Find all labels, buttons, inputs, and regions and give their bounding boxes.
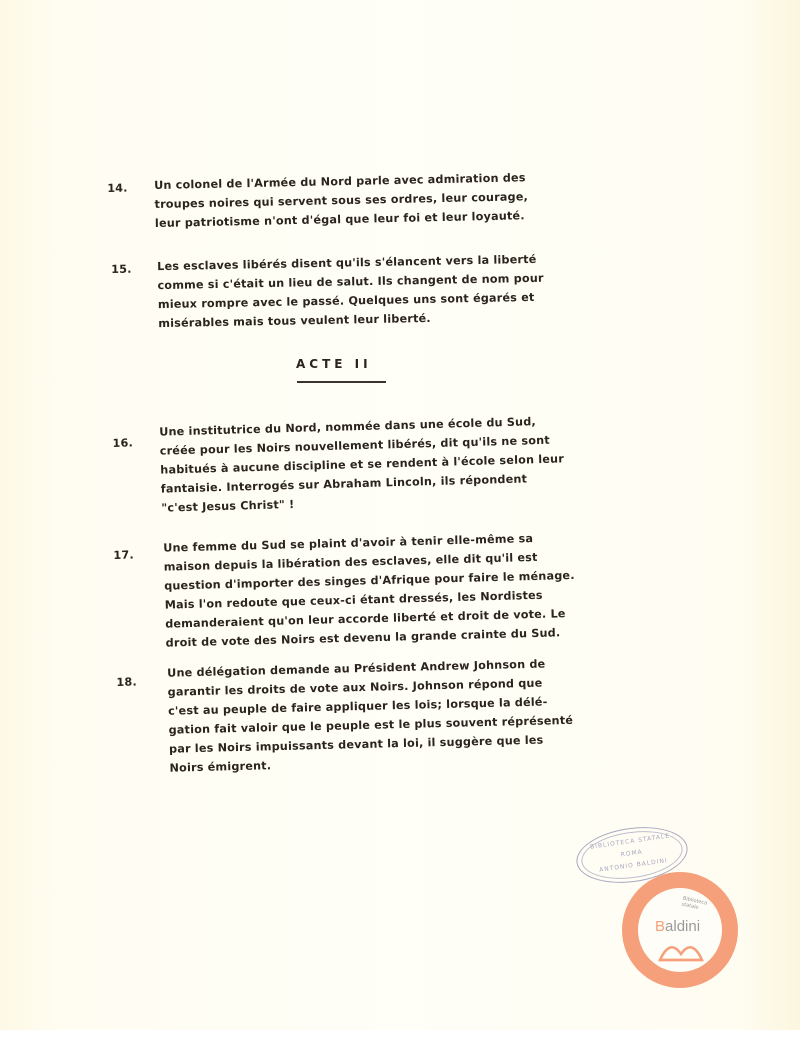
- scan-margin: [0, 1030, 800, 1048]
- entry-number: 15.: [111, 260, 132, 279]
- act-heading-underline: [297, 381, 386, 383]
- entry-number: 17.: [113, 545, 134, 565]
- entry-number: 16.: [112, 433, 133, 453]
- baldini-library-logo: Biblioteca statale Baldini: [622, 872, 738, 988]
- entry-number: 18.: [116, 672, 137, 691]
- logo-subtitle: Biblioteca statale: [681, 896, 708, 913]
- act-heading: ACTE II: [296, 357, 372, 371]
- logo-name: Baldini: [655, 918, 700, 935]
- entry-number: 14.: [107, 179, 128, 198]
- open-book-icon: [658, 940, 704, 962]
- document-page: 14. Un colonel de l'Armée du Nord parle …: [0, 0, 800, 1030]
